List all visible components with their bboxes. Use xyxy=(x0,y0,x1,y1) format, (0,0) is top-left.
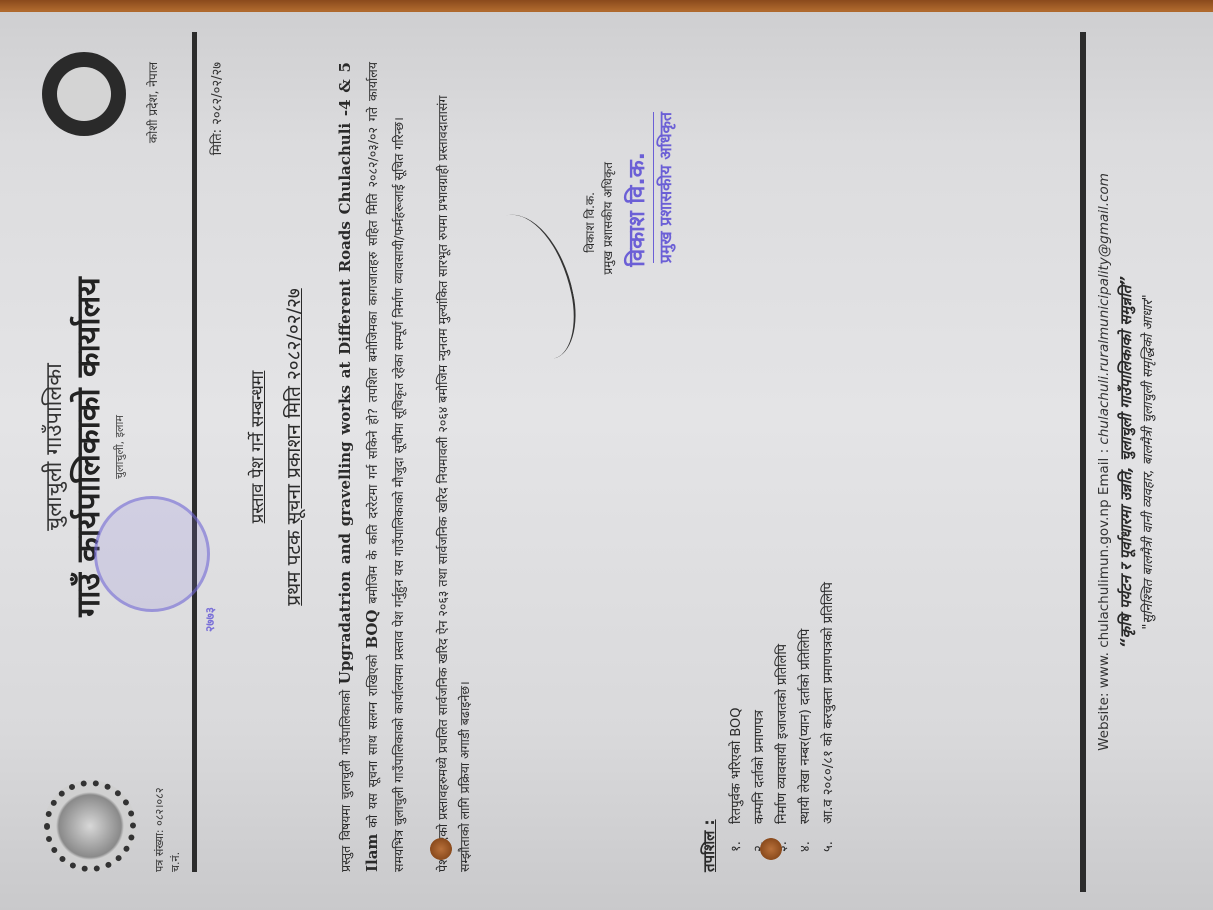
notice-title: प्रथम पटक सूचना प्रकाशन मिति २०८२/०२/२७ xyxy=(280,82,306,812)
list-item: २.कम्पनि दर्ताको प्रमाणपत्र xyxy=(748,82,771,852)
office-location: चुलाचुली, इलाम xyxy=(112,82,127,812)
municipality-logo-icon xyxy=(42,52,126,136)
details-list: १.रितपुर्वक भरिएको BOQ २.कम्पनि दर्ताको … xyxy=(725,82,840,852)
signature-block: विकाश वि.क. प्रमुख प्रशासकीय अधिकृत विका… xyxy=(489,82,689,812)
letterhead: चुलाचुली गाउँपालिका गाउँ कार्यपालिकाको क… xyxy=(34,82,184,812)
signatory-stamp-title: प्रमुख प्रशासकीय अधिकृत xyxy=(653,112,676,263)
municipality-name: चुलाचुली गाउँपालिका xyxy=(38,82,68,812)
subject-line: प्रस्ताव पेश गर्ने सम्बन्धमा xyxy=(245,82,268,812)
body-paragraph-2: पेश भएको प्रस्तावहरुमध्ये प्रचलित सार्वज… xyxy=(432,62,476,872)
details-heading: तपशिल : xyxy=(699,82,719,872)
letter-date: मिति: २०८२/०२/२७ xyxy=(207,62,225,812)
list-item: ५.आ.व २०८०/८१ को करचुक्ता प्रमाणपत्रको प… xyxy=(817,82,840,852)
letter-number: पत्र संख्या: ०८२।०८२ xyxy=(152,787,167,872)
footer: Website: www. chulachulimun.gov.np Email… xyxy=(1080,52,1156,872)
footer-contact: Website: www. chulachulimun.gov.np Email… xyxy=(1096,52,1112,872)
office-stamp-icon xyxy=(94,496,210,612)
letter-document: चुलाचुली गाउँपालिका गाउँ कार्यपालिकाको क… xyxy=(0,12,1213,910)
list-item: १.रितपुर्वक भरिएको BOQ xyxy=(725,82,748,852)
body-paragraph-1: प्रस्तुत विषयमा चुलाचुली गाउँपालिकाको Up… xyxy=(332,62,412,872)
footer-divider xyxy=(1080,32,1086,892)
province-label: कोशी प्रदेश, नेपाल xyxy=(144,62,161,143)
stamp-number: २७७३ xyxy=(201,607,218,632)
office-title: गाउँ कार्यपालिकाको कार्यालय xyxy=(66,82,109,812)
motto-line-1: “कृषि पर्यटन र पूर्वाधारमा उन्नति, चुलाच… xyxy=(1116,52,1136,872)
email-address: chulachuli.ruralmunicipality@gmail.com xyxy=(1096,173,1112,445)
list-item: ४.स्थायी लेखा नम्बर(प्यान) दर्ताको प्रति… xyxy=(794,82,817,852)
dispatch-number: च.नं. xyxy=(168,852,183,872)
signatory-name: विकाश वि.क. xyxy=(581,192,598,253)
punch-hole xyxy=(760,838,782,860)
website-label: Website: www. chulachulimun.gov.np Email… xyxy=(1096,445,1112,751)
punch-hole xyxy=(430,838,452,860)
signatory-title: प्रमुख प्रशासकीय अधिकृत xyxy=(599,162,616,275)
motto-line-2: "सुनिश्चित बालमैत्री वानी व्यवहार, बालमै… xyxy=(1138,52,1156,872)
header-divider xyxy=(192,32,197,872)
signature-icon xyxy=(474,205,585,369)
signatory-stamp-name: विकाश वि.क. xyxy=(621,152,651,267)
list-item: ३.निर्माण व्यावसायी इजाजतको प्रतिलिपि xyxy=(771,82,794,852)
